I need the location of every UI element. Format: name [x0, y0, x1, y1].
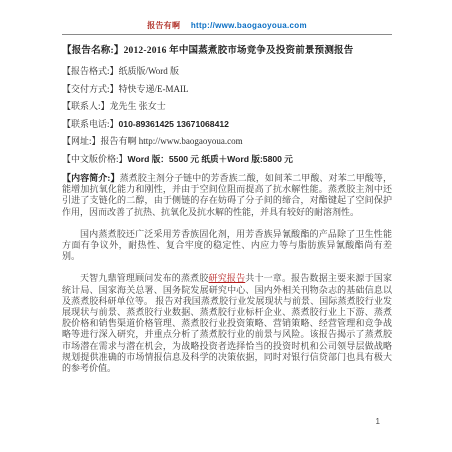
report-document-page: 报告有啊 http://www.baogaoyoua.com 【报告名称:】20… [0, 0, 452, 452]
field-value: Word 版：5500 元 纸质＋Word 版:5800 元 [128, 154, 293, 164]
page-header: 报告有啊 http://www.baogaoyoua.com [62, 20, 392, 31]
field-value: 纸质版/Word 版 [119, 66, 180, 76]
field-contact-person: 【联系人:】龙先生 张女士 [62, 100, 392, 118]
intro-label: 【内容简介:】 [62, 173, 120, 183]
page-content: 报告有啊 http://www.baogaoyoua.com 【报告名称:】20… [62, 20, 392, 374]
field-label: 【联系电话:】 [62, 119, 119, 129]
field-value: 特快专递/E-MAIL [119, 84, 189, 94]
report-title-label: 【报告名称:】 [62, 46, 124, 56]
header-divider [62, 34, 392, 35]
field-delivery-method: 【交付方式:】特快专递/E-MAIL [62, 83, 392, 101]
body-paragraph-2: 国内蒸煮胶还广泛采用芳香族固化剂，用芳香族异氰酸酯的产品除了卫生性能方面有争议外… [62, 229, 392, 263]
field-value: 010-89361425 13671068412 [119, 119, 229, 129]
field-label: 【网址:】 [62, 136, 101, 146]
field-label: 【联系人:】 [62, 101, 110, 111]
page-number: 1 [376, 417, 380, 426]
field-report-format: 【报告格式:】纸质版/Word 版 [62, 65, 392, 83]
field-value: 报告有啊 http://www.baogaoyoua.com [101, 136, 243, 146]
intro-paragraph: 【内容简介:】蒸煮胶主剂分子链中的芳香族二酸，如间苯二甲酸、对苯二甲酸等，能增加… [62, 173, 392, 218]
field-value: 龙先生 张女士 [110, 101, 166, 111]
report-info-fields: 【报告格式:】纸质版/Word 版 【交付方式:】特快专递/E-MAIL 【联系… [62, 65, 392, 170]
field-website: 【网址:】报告有啊 http://www.baogaoyoua.com [62, 135, 392, 153]
field-contact-phone: 【联系电话:】010-89361425 13671068412 [62, 118, 392, 136]
site-brand: 报告有啊 [147, 21, 180, 30]
para3-text-after: 共十一章。报告数据主要来源于国家统计局、国家海关总署、国务院发展研究中心、国内外… [62, 273, 392, 373]
body-paragraph-3: 天智九鼎管理顾问发布的蒸煮胶研究报告共十一章。报告数据主要来源于国家统计局、国家… [62, 273, 392, 374]
report-title-text: 2012-2016 年中国蒸煮胶市场竞争及投资前景预测报告 [124, 46, 354, 56]
research-report-link[interactable]: 研究报告 [209, 273, 246, 283]
header-url-link[interactable]: http://www.baogaoyoua.com [191, 21, 307, 30]
field-price: 【中文版价格:】Word 版：5500 元 纸质＋Word 版:5800 元 [62, 153, 392, 171]
field-label: 【中文版价格:】 [62, 154, 128, 164]
report-title: 【报告名称:】2012-2016 年中国蒸煮胶市场竞争及投资前景预测报告 [62, 42, 392, 56]
field-label: 【报告格式:】 [62, 66, 119, 76]
para3-text-before: 天智九鼎管理顾问发布的蒸煮胶 [80, 273, 209, 283]
field-label: 【交付方式:】 [62, 84, 119, 94]
